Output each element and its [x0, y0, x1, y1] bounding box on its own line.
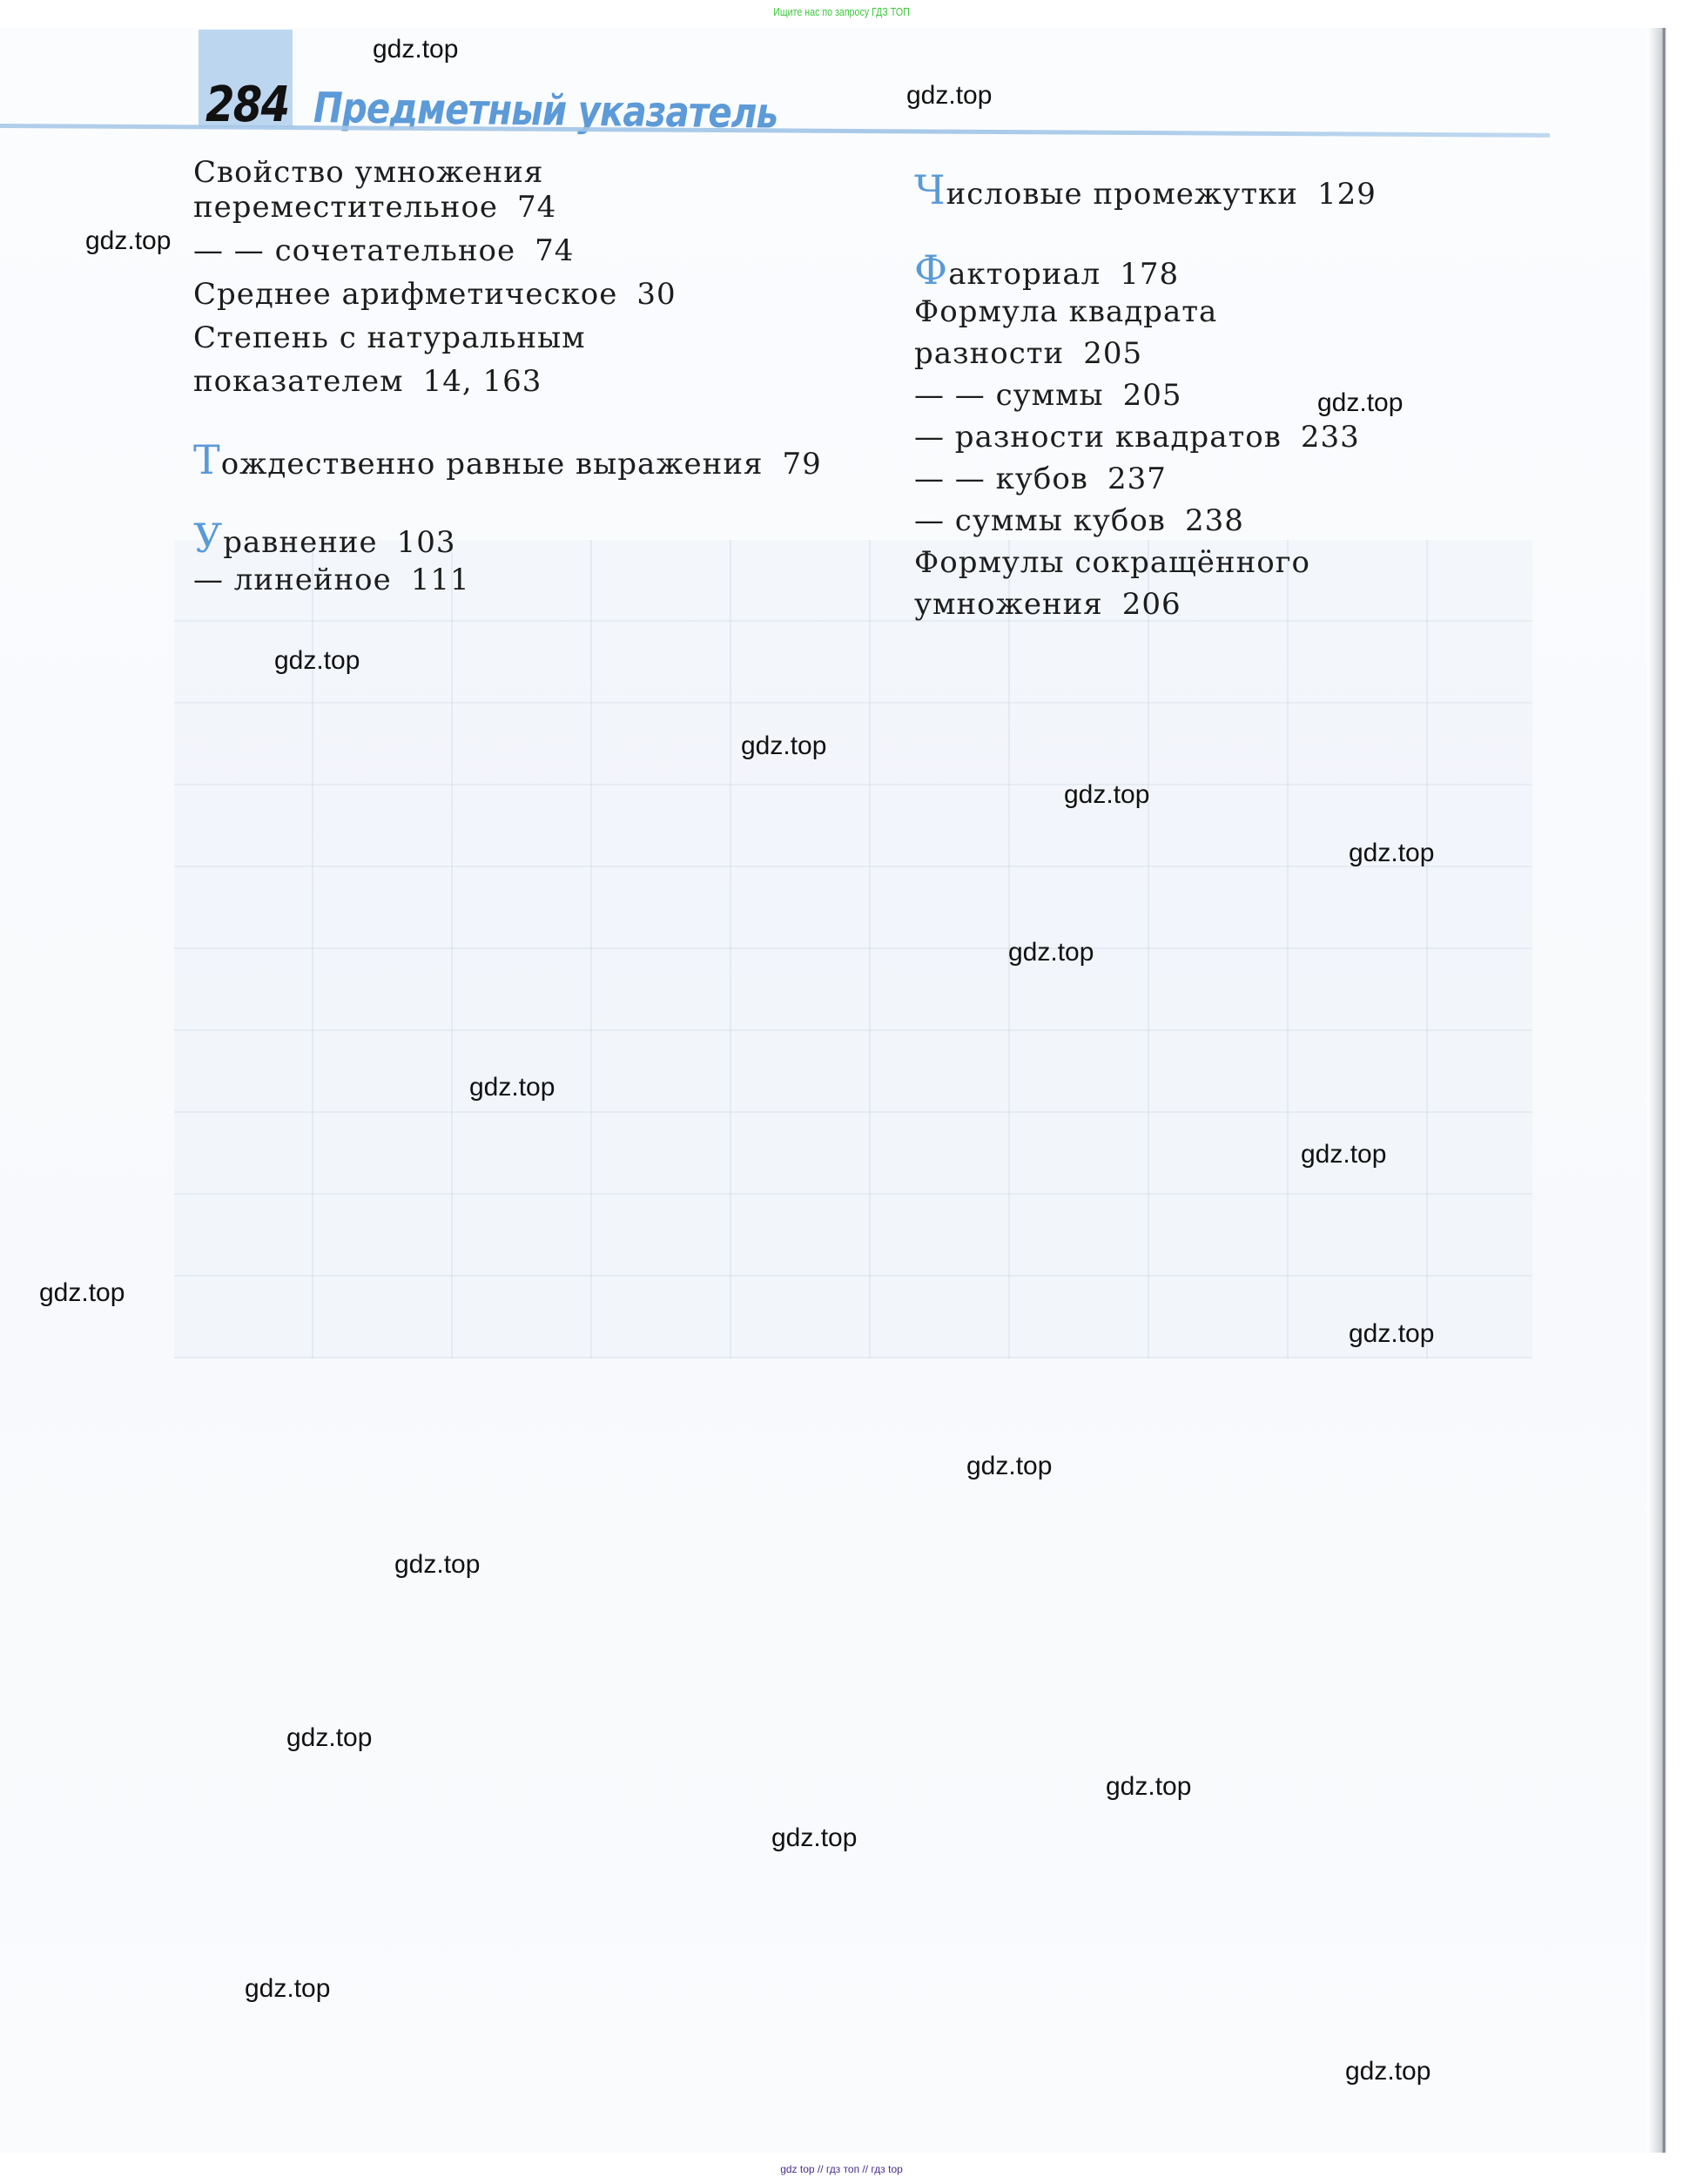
watermark: gdz.top — [966, 1452, 1052, 1481]
index-entry: умножения206 — [914, 587, 1181, 622]
index-entry: разности205 — [914, 336, 1142, 371]
watermark: gdz.top — [469, 1073, 555, 1102]
index-term: — разности квадратов — [914, 420, 1282, 455]
watermark: gdz.top — [1349, 1319, 1434, 1349]
index-term: — суммы кубов — [914, 503, 1166, 538]
index-term: Среднее арифметическое — [193, 277, 617, 312]
index-term: акториал — [948, 257, 1101, 292]
page-edge — [1647, 28, 1666, 2153]
index-entry: — — суммы205 — [914, 378, 1182, 413]
index-entry: Факториал178 — [914, 253, 1179, 292]
index-entry: — разности квадратов233 — [914, 420, 1360, 455]
index-term: равнение — [223, 525, 377, 560]
watermark: gdz.top — [1349, 839, 1434, 868]
watermark: gdz.top — [245, 1974, 330, 2004]
index-entry: Тождественно равные выражения79 — [193, 442, 822, 482]
index-term: переместительное — [193, 190, 498, 225]
index-term: Свойство умножения — [193, 155, 543, 190]
index-page-refs: 238 — [1185, 503, 1244, 538]
index-entry: — линейное111 — [193, 563, 470, 597]
index-page-refs: 237 — [1107, 462, 1167, 496]
index-term: Формула квадрата — [914, 294, 1217, 329]
index-entry: — суммы кубов238 — [914, 503, 1244, 538]
index-entry: Числовые промежутки129 — [914, 172, 1377, 212]
index-entry: Степень с натуральным — [193, 320, 586, 355]
index-entry: — — кубов237 — [914, 462, 1167, 496]
section-initial-letter: Ч — [914, 166, 946, 213]
watermark: gdz.top — [771, 1823, 857, 1853]
section-initial-letter: Ф — [914, 246, 948, 293]
footer: gdz top // гдз топ // гдз top — [0, 2163, 1683, 2175]
index-page-refs: 111 — [411, 563, 470, 597]
watermark: gdz.top — [741, 731, 826, 761]
index-entry: переместительное74 — [193, 190, 556, 225]
index-entry: Формулы сокращённого — [914, 545, 1310, 580]
watermark: gdz.top — [39, 1278, 125, 1308]
index-entry: Среднее арифметическое30 — [193, 277, 677, 312]
watermark: gdz.top — [1345, 2057, 1431, 2086]
index-entry: показателем14, 163 — [193, 364, 542, 399]
index-term: разности — [914, 336, 1064, 371]
index-page-refs: 74 — [535, 233, 574, 268]
watermark: gdz.top — [286, 1723, 372, 1753]
section-initial-letter: У — [193, 515, 223, 562]
index-page-refs: 103 — [397, 525, 456, 560]
index-page-refs: 30 — [636, 277, 676, 312]
watermark: gdz.top — [1301, 1140, 1386, 1170]
index-page-refs: 178 — [1120, 257, 1179, 292]
index-term: умножения — [914, 587, 1103, 622]
index-term: Формулы сокращённого — [914, 545, 1310, 580]
watermark: gdz.top — [274, 646, 360, 676]
index-page-refs: 129 — [1317, 177, 1377, 212]
watermark: gdz.top — [373, 35, 458, 64]
index-page-refs: 79 — [782, 447, 821, 482]
index-term: Степень с натуральным — [193, 320, 586, 355]
index-term: — — сочетательное — [193, 233, 515, 268]
watermark: gdz.top — [394, 1550, 480, 1580]
index-term: — линейное — [193, 563, 392, 597]
index-page-refs: 205 — [1123, 378, 1182, 413]
index-term: ождественно равные выражения — [221, 447, 764, 482]
index-entry: Формула квадрата — [914, 294, 1217, 329]
index-entry: Свойство умножения — [193, 155, 543, 190]
index-page-refs: 233 — [1301, 420, 1360, 455]
watermark: gdz.top — [1317, 388, 1403, 418]
index-entry: — — сочетательное74 — [193, 233, 574, 268]
index-page-refs: 206 — [1122, 587, 1181, 622]
index-term: показателем — [193, 364, 404, 399]
watermark: gdz.top — [1064, 780, 1149, 810]
reverse-side-bleed-through — [174, 540, 1532, 1358]
top-banner: Ищите нас по запросу ГДЗ ТОП — [151, 5, 1532, 18]
watermark: gdz.top — [1106, 1772, 1191, 1802]
watermark: gdz.top — [906, 81, 992, 111]
section-initial-letter: Т — [193, 436, 221, 483]
watermark: gdz.top — [85, 226, 171, 256]
index-term: исловые промежутки — [946, 177, 1298, 212]
index-page-refs: 205 — [1083, 336, 1142, 371]
index-term: — — суммы — [914, 378, 1104, 413]
watermark: gdz.top — [1008, 938, 1094, 967]
index-term: — — кубов — [914, 462, 1088, 496]
index-entry: Уравнение103 — [193, 521, 456, 560]
index-page-refs: 74 — [517, 190, 556, 225]
index-page-refs: 14, 163 — [423, 364, 542, 399]
